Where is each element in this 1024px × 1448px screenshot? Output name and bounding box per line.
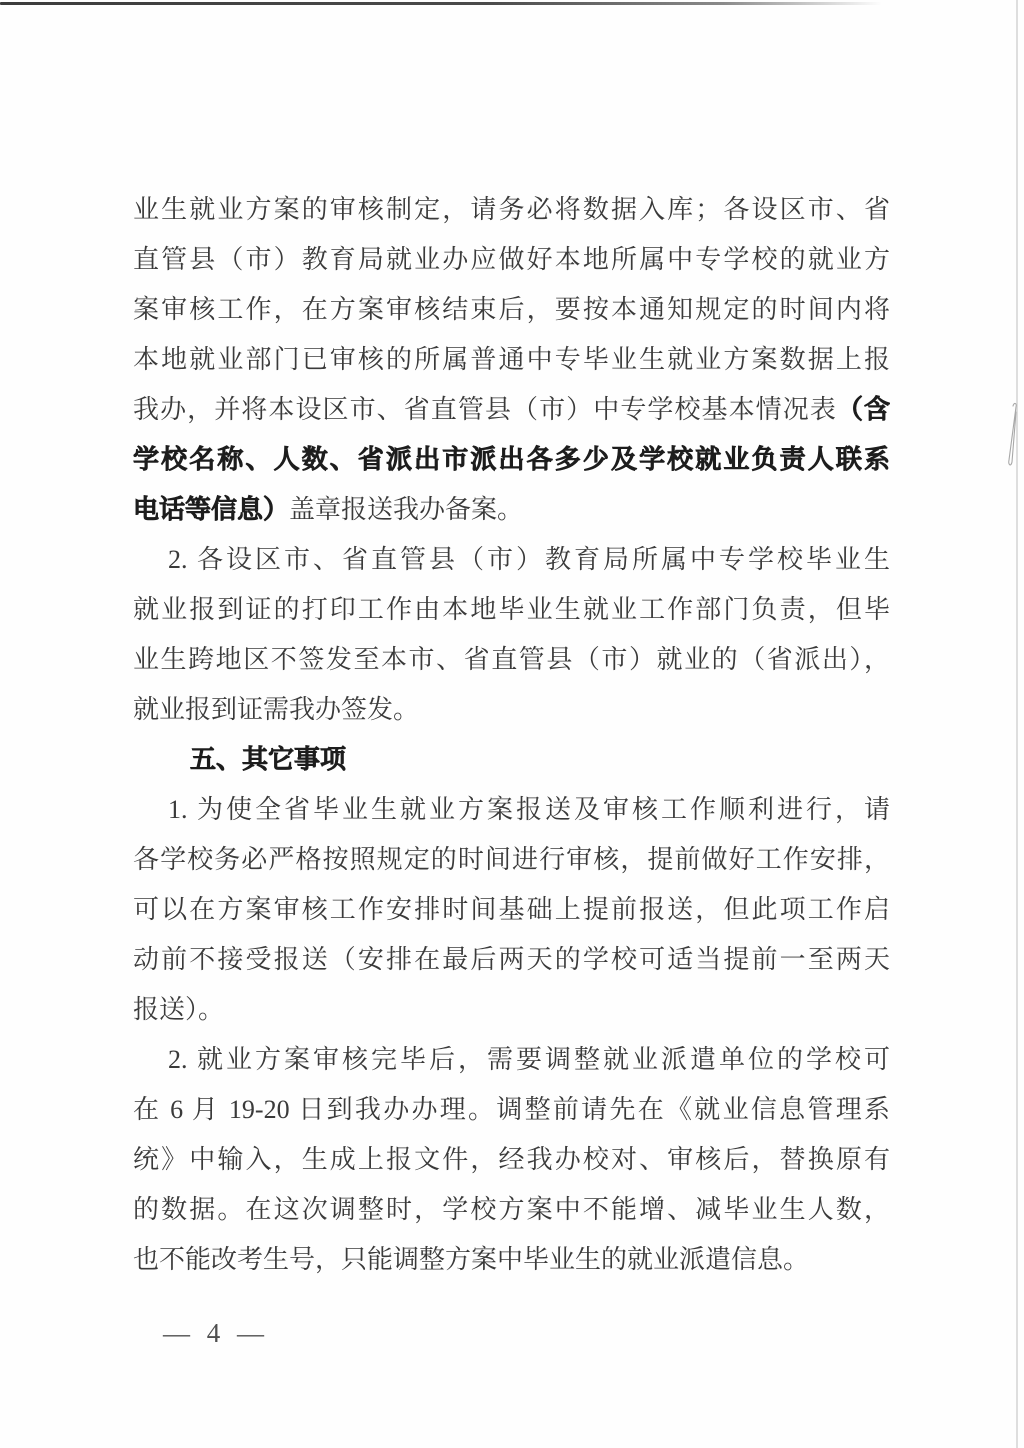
text-segment: 我办，并将本设区市、省直管县（市）中专学校基本情况表 — [133, 395, 837, 424]
text-line: 的数据。在这次调整时，学校方案中不能增、减毕业生人数， — [133, 1185, 890, 1235]
text-segment: 学校名称、人数、省派出市派出各多少及学校就业负责人联系 — [133, 445, 890, 474]
text-segment: 统》中输入，生成上报文件，经我办校对、审核后，替换原有 — [133, 1145, 890, 1174]
text-line: 就业报到证的打印工作由本地毕业生就业工作部门负责，但毕 — [133, 585, 890, 635]
text-segment: 2. 就业方案审核完毕后，需要调整就业派遣单位的学校可 — [168, 1045, 890, 1074]
text-segment: 就业报到证的打印工作由本地毕业生就业工作部门负责，但毕 — [133, 595, 890, 624]
text-line: 各学校务必严格按照规定的时间进行审核，提前做好工作安排， — [133, 835, 890, 885]
text-line: 2. 就业方案审核完毕后，需要调整就业派遣单位的学校可 — [133, 1035, 890, 1085]
scan-artifact-fiber — [996, 398, 1020, 478]
text-segment: 动前不接受报送（安排在最后两天的学校可适当提前一至两天 — [133, 945, 890, 974]
text-line: 可以在方案审核工作安排时间基础上提前报送，但此项工作启 — [133, 885, 890, 935]
text-line: 报送）。 — [133, 985, 890, 1035]
text-segment: 案审核工作，在方案审核结束后，要按本通知规定的时间内将 — [133, 295, 890, 324]
scan-top-edge-line — [0, 2, 882, 5]
text-segment: 可以在方案审核工作安排时间基础上提前报送，但此项工作启 — [133, 895, 890, 924]
text-line: 学校名称、人数、省派出市派出各多少及学校就业负责人联系 — [133, 435, 890, 485]
page-number: — 4 — — [163, 1318, 269, 1348]
text-line: 我办，并将本设区市、省直管县（市）中专学校基本情况表（含 — [133, 385, 890, 435]
text-segment: 电话等信息） — [133, 495, 289, 524]
text-segment: 2. 各设区市、省直管县（市）教育局所属中专学校毕业生 — [168, 545, 890, 574]
text-line: 五、其它事项 — [133, 735, 890, 785]
text-segment: （含 — [837, 395, 890, 424]
text-line: 在 6 月 19-20 日到我办办理。调整前请先在《就业信息管理系 — [133, 1085, 890, 1135]
text-line: 统》中输入，生成上报文件，经我办校对、审核后，替换原有 — [133, 1135, 890, 1185]
text-segment: 五、其它事项 — [190, 745, 346, 774]
text-segment: 业生就业方案的审核制定，请务必将数据入库；各设区市、省 — [133, 195, 890, 224]
text-line: 2. 各设区市、省直管县（市）教育局所属中专学校毕业生 — [133, 535, 890, 585]
text-segment: 就业报到证需我办签发。 — [133, 695, 419, 724]
text-segment: 1. 为使全省毕业生就业方案报送及审核工作顺利进行，请 — [168, 795, 890, 824]
text-segment: 业生跨地区不签发至本市、省直管县（市）就业的（省派出）， — [133, 645, 890, 674]
text-segment: 在 6 月 19-20 日到我办办理。调整前请先在《就业信息管理系 — [133, 1095, 890, 1124]
text-segment: 各学校务必严格按照规定的时间进行审核，提前做好工作安排， — [133, 845, 890, 874]
text-segment: 直管县（市）教育局就业办应做好本地所属中专学校的就业方 — [133, 245, 890, 274]
text-segment: 也不能改考生号，只能调整方案中毕业生的就业派遣信息。 — [133, 1245, 809, 1274]
text-line: 1. 为使全省毕业生就业方案报送及审核工作顺利进行，请 — [133, 785, 890, 835]
text-segment: 本地就业部门已审核的所属普通中专毕业生就业方案数据上报 — [133, 345, 890, 374]
text-line: 就业报到证需我办签发。 — [133, 685, 890, 735]
text-line: 也不能改考生号，只能调整方案中毕业生的就业派遣信息。 — [133, 1235, 890, 1285]
text-segment: 报送）。 — [133, 995, 224, 1024]
text-line: 本地就业部门已审核的所属普通中专毕业生就业方案数据上报 — [133, 335, 890, 385]
scan-right-edge-line — [1016, 0, 1018, 1448]
scanned-document-page: 业生就业方案的审核制定，请务必将数据入库；各设区市、省直管县（市）教育局就业办应… — [0, 0, 1024, 1448]
text-segment: 盖章报送我办备案。 — [289, 495, 523, 524]
text-line: 业生就业方案的审核制定，请务必将数据入库；各设区市、省 — [133, 185, 890, 235]
text-line: 动前不接受报送（安排在最后两天的学校可适当提前一至两天 — [133, 935, 890, 985]
text-line: 业生跨地区不签发至本市、省直管县（市）就业的（省派出）， — [133, 635, 890, 685]
text-segment: 的数据。在这次调整时，学校方案中不能增、减毕业生人数， — [133, 1195, 890, 1224]
text-line: 电话等信息）盖章报送我办备案。 — [133, 485, 890, 535]
text-line: 直管县（市）教育局就业办应做好本地所属中专学校的就业方 — [133, 235, 890, 285]
document-body: 业生就业方案的审核制定，请务必将数据入库；各设区市、省直管县（市）教育局就业办应… — [133, 185, 890, 1285]
text-line: 案审核工作，在方案审核结束后，要按本通知规定的时间内将 — [133, 285, 890, 335]
